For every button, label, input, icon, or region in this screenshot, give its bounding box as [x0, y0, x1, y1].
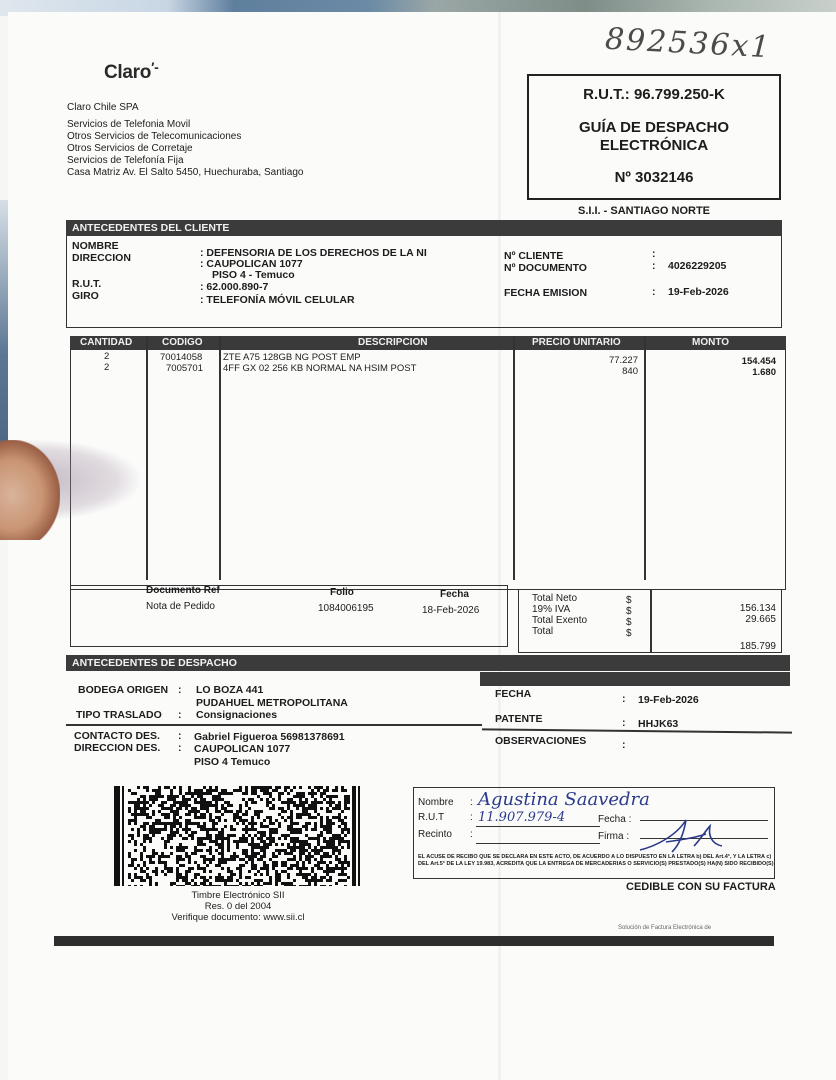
- traslado-value: Consignaciones: [196, 710, 277, 721]
- colon: :: [178, 731, 182, 742]
- colon: :: [622, 694, 626, 705]
- bodega-value-1: LO BOZA 441: [196, 685, 263, 696]
- col-codigo: CODIGO: [162, 337, 203, 348]
- ref-doc-header: Documento Ref: [146, 585, 220, 596]
- rec-rut-label: R.U.T: [418, 812, 444, 823]
- rec-fecha-label: Fecha :: [598, 814, 631, 825]
- contacto-label: CONTACTO DES.: [74, 731, 160, 742]
- rut-label: R.U.T.: [72, 279, 101, 290]
- colon: :: [470, 829, 473, 840]
- observaciones-label: OBSERVACIONES: [495, 736, 586, 747]
- colon: :: [178, 743, 182, 754]
- rec-nombre-label: Nombre: [418, 797, 454, 808]
- total-value: 185.799: [690, 641, 776, 652]
- legal-text: EL ACUSE DE RECIBO QUE SE DECLARA EN EST…: [418, 854, 778, 867]
- ref-fecha-value: 18-Feb-2026: [422, 605, 479, 616]
- timbre-line-3: Verifique documento: www.sii.cl: [114, 912, 362, 923]
- direccion-des-value-2: PISO 4 Temuco: [194, 757, 270, 768]
- ref-doc-value: Nota de Pedido: [146, 601, 215, 612]
- colon: :: [652, 261, 656, 272]
- client-direccion-2: PISO 4 - Temuco: [212, 270, 295, 281]
- n-documento-label: Nº DOCUMENTO: [504, 263, 587, 274]
- ref-fecha-header: Fecha: [440, 589, 469, 600]
- recinto-line: [476, 826, 600, 827]
- colon: :: [470, 812, 473, 823]
- timbre-line-1: Timbre Electrónico SII: [114, 890, 362, 901]
- patente-label: PATENTE: [495, 714, 542, 725]
- fecha-value: 19-Feb-2026: [638, 695, 699, 706]
- direccion-des-value-1: CAUPOLICAN 1077: [194, 744, 290, 755]
- rec-rut-handwritten: 11.907.979-4: [478, 810, 565, 825]
- fecha-emision-value: 19-Feb-2026: [668, 287, 729, 298]
- table-divider: [146, 336, 148, 580]
- logo-mark-icon: ′-: [151, 59, 158, 75]
- sii-office: S.I.I. - SANTIAGO NORTE: [578, 205, 710, 217]
- col-cantidad: CANTIDAD: [80, 337, 132, 348]
- document-title: GUÍA DE DESPACHO ELECTRÓNICA: [529, 119, 779, 155]
- table-divider: [513, 336, 515, 580]
- document-id-box: R.U.T.: 96.799.250-K GUÍA DE DESPACHO EL…: [527, 74, 781, 200]
- divider: [66, 724, 482, 726]
- bodega-value-2: PUDAHUEL METROPOLITANA: [196, 698, 348, 709]
- ref-folio-header: Folio: [330, 587, 354, 598]
- n-cliente-value: :: [652, 249, 656, 260]
- issuer-rut: R.U.T.: 96.799.250-K: [529, 86, 779, 103]
- n-documento-value: 4026229205: [668, 261, 726, 272]
- colon: :: [470, 797, 473, 808]
- document-number: Nº 3032146: [529, 169, 779, 186]
- client-section-title: ANTECEDENTES DEL CLIENTE: [66, 220, 782, 236]
- iva-value: 29.665: [690, 614, 776, 625]
- colon: :: [178, 710, 182, 721]
- ref-folio-value: 1084006195: [318, 603, 374, 614]
- hand: [0, 440, 60, 540]
- fecha-emision-label: FECHA EMISION: [504, 288, 587, 299]
- direccion-label: DIRECCION: [72, 253, 131, 264]
- client-rut: : 62.000.890-7: [200, 282, 268, 293]
- nombre-label: NOMBRE: [72, 241, 119, 252]
- client-section: [66, 220, 782, 328]
- fecha-label: FECHA: [495, 689, 531, 700]
- despacho-section-title: ANTECEDENTES DE DESPACHO: [66, 655, 790, 671]
- signature-scribble: [636, 816, 726, 856]
- totals-currency: $ $ $ $: [626, 595, 632, 639]
- totals-divider: [650, 589, 652, 653]
- colon: :: [652, 287, 656, 298]
- colon: :: [622, 718, 626, 729]
- items-table: [70, 336, 786, 590]
- pdf417-barcode: [114, 786, 362, 886]
- total-neto-value: 156.134: [690, 603, 776, 614]
- recinto-line: [476, 843, 600, 844]
- col-monto: MONTO: [692, 337, 729, 348]
- rec-recinto-label: Recinto: [418, 829, 452, 840]
- rec-nombre-handwritten: Agustina Saavedra: [478, 789, 650, 810]
- despacho-bar: [480, 672, 790, 686]
- footer-bar: [54, 936, 774, 946]
- totals-labels: Total Neto 19% IVA Total Exento Total: [532, 593, 587, 637]
- n-cliente-label: Nº CLIENTE: [504, 251, 563, 262]
- contacto-value: Gabriel Figueroa 56981378691: [194, 732, 345, 743]
- timbre-line-2: Res. 0 del 2004: [114, 901, 362, 912]
- col-precio-unitario: PRECIO UNITARIO: [532, 337, 621, 348]
- giro-label: GIRO: [72, 291, 99, 302]
- company-services: Servicios de Telefonia Movil Otros Servi…: [67, 119, 303, 179]
- colon: :: [178, 685, 182, 696]
- cedible-label: CEDIBLE CON SU FACTURA: [626, 881, 776, 893]
- items-table-header: CANTIDAD CODIGO DESCRIPCION PRECIO UNITA…: [70, 336, 786, 350]
- table-divider: [644, 336, 646, 580]
- colon: :: [622, 740, 626, 751]
- direccion-des-label: DIRECCION DES.: [74, 743, 160, 754]
- patente-value: HHJK63: [638, 719, 678, 730]
- table-divider: [219, 336, 221, 580]
- col-descripcion: DESCRIPCION: [358, 337, 427, 348]
- traslado-label: TIPO TRASLADO: [76, 710, 162, 721]
- client-giro: : TELEFONÍA MÓVIL CELULAR: [200, 295, 355, 306]
- company-name: Claro Chile SPA: [67, 102, 139, 113]
- claro-logo: Claro′-: [104, 62, 159, 84]
- bodega-label: BODEGA ORIGEN: [78, 685, 168, 696]
- rec-firma-label: Firma :: [598, 831, 629, 842]
- footer-note: Solución de Factura Electrónica de: [618, 925, 711, 931]
